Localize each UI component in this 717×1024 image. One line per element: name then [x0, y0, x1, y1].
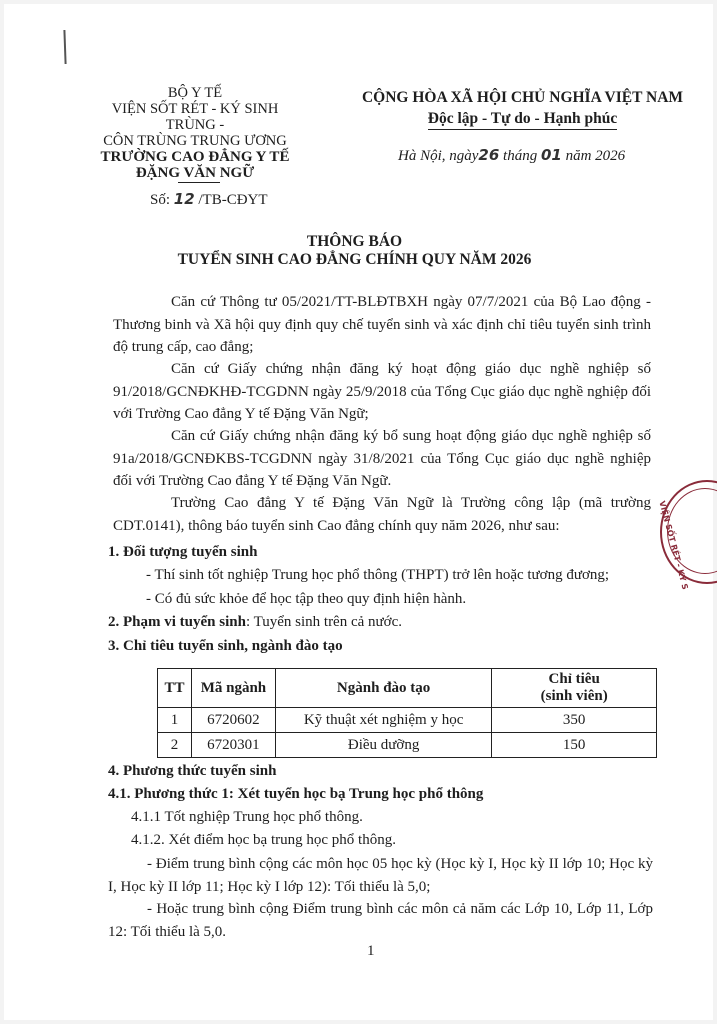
cell-major-name: Điều dưỡng	[275, 733, 492, 758]
document-number: Số: 12 /TB-CĐYT	[150, 190, 268, 209]
section-1-bullet-2: - Có đủ sức khỏe để học tập theo quy địn…	[146, 591, 466, 608]
preamble-paragraph-2: Căn cứ Giấy chứng nhận đăng ký hoạt động…	[113, 358, 651, 426]
date-day: 26	[478, 146, 499, 164]
notice-title: THÔNG BÁO	[0, 233, 709, 251]
institute-name-line1: VIỆN SỐT RÉT - KÝ SINH TRÙNG -	[95, 101, 295, 133]
header-underline	[178, 182, 220, 183]
section-2: 2. Phạm vi tuyển sinh: Tuyển sinh trên c…	[108, 614, 402, 631]
criteria-1: - Điểm trung bình cộng các môn học 05 họ…	[108, 853, 653, 898]
institute-name-line2: CÔN TRÙNG TRUNG ƯƠNG	[95, 133, 295, 149]
date-month: 01	[541, 146, 562, 164]
doc-number-handwritten: 12	[174, 190, 195, 208]
quota-table: TT Mã ngành Ngành đào tạo Chỉ tiêu (sinh…	[157, 668, 657, 758]
col-header-major-name: Ngành đào tạo	[275, 669, 492, 708]
school-name-line1: TRƯỜNG CAO ĐẲNG Y TẾ	[95, 149, 295, 165]
doc-number-prefix: Số:	[150, 192, 170, 208]
table-row: 1 6720602 Kỹ thuật xét nghiệm y học 350	[158, 708, 657, 733]
cell-major-code: 6720602	[191, 708, 275, 733]
section-3-heading: 3. Chỉ tiêu tuyển sinh, ngành đào tạo	[108, 638, 343, 655]
cell-tt: 1	[158, 708, 192, 733]
date-year: năm 2026	[566, 148, 626, 164]
table-row: 2 6720301 Điều dưỡng 150	[158, 733, 657, 758]
col-header-tt: TT	[158, 669, 192, 708]
preamble-paragraph-4: Trường Cao đẳng Y tế Đặng Văn Ngữ là Trư…	[113, 492, 651, 537]
item-4-1-2: 4.1.2. Xét điểm học bạ trung học phổ thô…	[131, 832, 396, 849]
national-header-block: CỘNG HÒA XÃ HỘI CHỦ NGHĨA VIỆT NAM Độc l…	[355, 89, 690, 130]
date-month-label: tháng	[503, 148, 537, 164]
issuing-agency-block: BỘ Y TẾ VIỆN SỐT RÉT - KÝ SINH TRÙNG - C…	[95, 85, 295, 183]
criteria-2: - Hoặc trung bình cộng Điểm trung bình c…	[108, 898, 653, 943]
section-1-heading: 1. Đối tượng tuyển sinh	[108, 544, 257, 561]
table-header-row: TT Mã ngành Ngành đào tạo Chỉ tiêu (sinh…	[158, 669, 657, 708]
notice-subtitle: TUYỂN SINH CAO ĐẲNG CHÍNH QUY NĂM 2026	[0, 251, 709, 269]
ministry-name: BỘ Y TẾ	[95, 85, 295, 101]
section-4-heading: 4. Phương thức tuyển sinh	[108, 763, 276, 780]
cell-major-code: 6720301	[191, 733, 275, 758]
quota-header-line2: (sinh viên)	[492, 688, 656, 705]
col-header-major-code: Mã ngành	[191, 669, 275, 708]
section-2-heading: 2. Phạm vi tuyển sinh	[108, 614, 246, 630]
cell-quota: 350	[492, 708, 657, 733]
preamble-paragraph-3: Căn cứ Giấy chứng nhận đăng ký bổ sung h…	[113, 425, 651, 493]
item-4-1-1: 4.1.1 Tốt nghiệp Trung học phổ thông.	[131, 809, 363, 826]
col-header-quota: Chỉ tiêu (sinh viên)	[492, 669, 657, 708]
quota-header-line1: Chỉ tiêu	[492, 671, 656, 688]
cell-tt: 2	[158, 733, 192, 758]
preamble-paragraph-1: Căn cứ Thông tư 05/2021/TT-BLĐTBXH ngày …	[113, 291, 651, 359]
doc-number-suffix: /TB-CĐYT	[198, 192, 267, 208]
issue-date: Hà Nội, ngày26 tháng 01 năm 2026	[398, 146, 625, 165]
country-name: CỘNG HÒA XÃ HỘI CHỦ NGHĨA VIỆT NAM	[355, 89, 690, 107]
section-2-text: : Tuyển sinh trên cả nước.	[246, 614, 402, 630]
cell-quota: 150	[492, 733, 657, 758]
national-motto: Độc lập - Tự do - Hạnh phúc	[428, 110, 617, 130]
page-number: 1	[367, 943, 375, 960]
section-4-1-heading: 4.1. Phương thức 1: Xét tuyển học bạ Tru…	[108, 786, 483, 803]
section-1-bullet-1: - Thí sinh tốt nghiệp Trung học phổ thôn…	[146, 567, 609, 584]
school-name-line2: ĐẶNG VĂN NGỮ	[95, 165, 295, 181]
date-prefix: Hà Nội, ngày	[398, 148, 478, 164]
cell-major-name: Kỹ thuật xét nghiệm y học	[275, 708, 492, 733]
